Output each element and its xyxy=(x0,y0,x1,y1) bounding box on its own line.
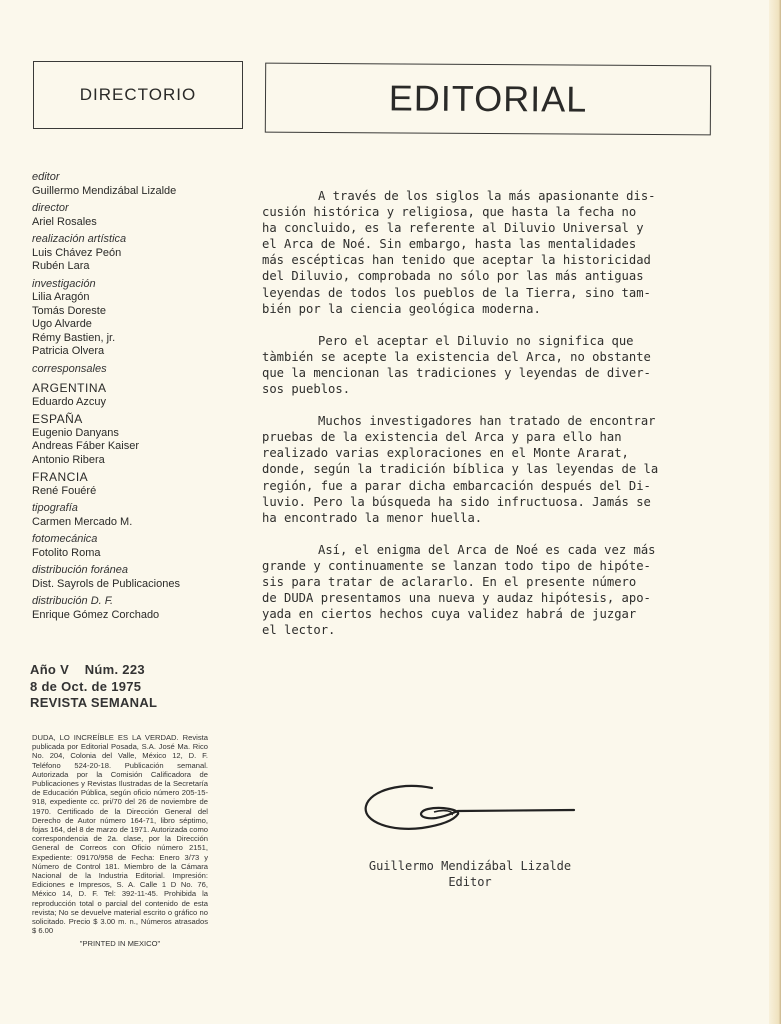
directory-person: Dist. Sayrols de Publicaciones xyxy=(32,578,247,592)
directory-person: Patricia Olvera xyxy=(32,345,247,359)
directory-person: Rémy Bastien, jr. xyxy=(32,332,247,346)
directory-country: FRANCIA xyxy=(32,471,247,485)
directory-group: distribución foráneaDist. Sayrols de Pub… xyxy=(32,564,247,591)
directory-group: directorAriel Rosales xyxy=(32,202,247,229)
directory-person: Ugo Alvarde xyxy=(32,318,247,332)
directory-group: investigaciónLilia AragónTomás DoresteUg… xyxy=(32,278,247,359)
editorial-heading: EDITORIAL xyxy=(389,77,588,120)
directory-role: fotomecánica xyxy=(32,533,247,547)
signer-block: Guillermo Mendizábal Lizalde Editor xyxy=(330,858,610,890)
directory-person: Andreas Fáber Kaiser xyxy=(32,440,247,454)
directory-person: Carmen Mercado M. xyxy=(32,516,247,530)
issue-frequency: REVISTA SEMANAL xyxy=(30,695,240,712)
directory-group: ARGENTINAEduardo Azcuy xyxy=(32,382,247,409)
directory-person: Luis Chávez Peón xyxy=(32,247,247,261)
directory-role: director xyxy=(32,202,247,216)
directory-role: editor xyxy=(32,171,247,185)
directory-role: corresponsales xyxy=(32,363,247,377)
page-edge xyxy=(769,0,781,1024)
directory-group: ESPAÑAEugenio DanyansAndreas Fáber Kaise… xyxy=(32,413,247,467)
signature-image xyxy=(362,782,577,837)
directory-group: FRANCIARené Fouéré xyxy=(32,471,247,498)
editorial-paragraph: Muchos investigadores han tratado de enc… xyxy=(262,413,694,526)
editorial-paragraph: Así, el enigma del Arca de Noé es cada v… xyxy=(262,542,694,639)
directory-country: ESPAÑA xyxy=(32,413,247,427)
directory-country: ARGENTINA xyxy=(32,382,247,396)
directory-header-box: DIRECTORIO xyxy=(33,61,243,129)
directory-person: René Fouéré xyxy=(32,485,247,499)
directory-person: Enrique Gómez Corchado xyxy=(32,609,247,623)
editorial-header-box: EDITORIAL xyxy=(265,63,711,136)
directory-person: Tomás Doreste xyxy=(32,305,247,319)
issue-date: 8 de Oct. de 1975 xyxy=(30,679,240,696)
editorial-body: A través de los siglos la más apasionant… xyxy=(262,188,694,654)
directory-heading: DIRECTORIO xyxy=(80,85,196,105)
directory-role: distribución foránea xyxy=(32,564,247,578)
directory-person: Ariel Rosales xyxy=(32,216,247,230)
issue-number: Año V Núm. 223 xyxy=(30,662,240,679)
directory-role: tipografía xyxy=(32,502,247,516)
signer-name: Guillermo Mendizábal Lizalde xyxy=(330,858,610,874)
staff-directory: editorGuillermo Mendizábal Lizaldedirect… xyxy=(32,171,247,626)
directory-person: Eugenio Danyans xyxy=(32,427,247,441)
directory-group: fotomecánicaFotolito Roma xyxy=(32,533,247,560)
directory-person: Fotolito Roma xyxy=(32,547,247,561)
directory-person: Guillermo Mendizábal Lizalde xyxy=(32,185,247,199)
directory-person: Antonio Ribera xyxy=(32,454,247,468)
signer-title: Editor xyxy=(330,874,610,890)
directory-role: realización artística xyxy=(32,233,247,247)
directory-person: Lilia Aragón xyxy=(32,291,247,305)
issue-info: Año V Núm. 223 8 de Oct. de 1975 REVISTA… xyxy=(30,662,240,712)
directory-person: Eduardo Azcuy xyxy=(32,396,247,410)
directory-role: investigación xyxy=(32,278,247,292)
legal-text: DUDA, LO INCREÍBLE ES LA VERDAD. Revista… xyxy=(32,733,208,935)
directory-group: realización artísticaLuis Chávez PeónRub… xyxy=(32,233,247,274)
directory-group: corresponsales xyxy=(32,363,247,377)
legal-notice: DUDA, LO INCREÍBLE ES LA VERDAD. Revista… xyxy=(32,733,208,949)
editorial-paragraph: A través de los siglos la más apasionant… xyxy=(262,188,694,317)
directory-group: distribución D. F.Enrique Gómez Corchado xyxy=(32,595,247,622)
directory-role: distribución D. F. xyxy=(32,595,247,609)
directory-group: tipografíaCarmen Mercado M. xyxy=(32,502,247,529)
printed-in-mexico: "PRINTED IN MEXICO" xyxy=(32,939,208,948)
editorial-paragraph: Pero el aceptar el Diluvio no significa … xyxy=(262,333,694,397)
directory-person: Rubén Lara xyxy=(32,260,247,274)
directory-group: editorGuillermo Mendizábal Lizalde xyxy=(32,171,247,198)
